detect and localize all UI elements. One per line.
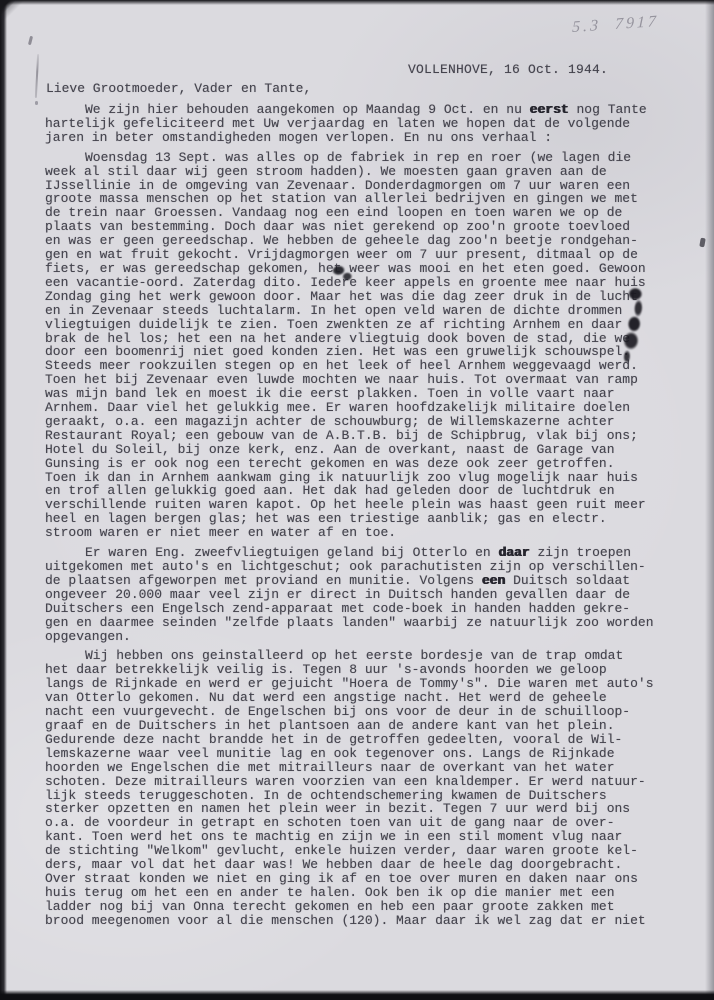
letter-line: een vacantie-oord. Zaterdag dito. Iedere… (45, 276, 707, 290)
letter-line: lijk steeds teruggeschoten. In de ochten… (45, 789, 707, 803)
letter-line: verschillende ruiten waren kapot. Op het… (45, 498, 707, 512)
scan-corner-top-left (0, 0, 26, 26)
letter-line: Er waren Eng. zweefvliegtuigen geland bi… (45, 546, 707, 560)
letter-line: sterker opzetten en namen het plein weer… (45, 802, 707, 816)
letter-line: hoorden we Engelschen die met mitrailleu… (45, 761, 707, 775)
paragraph: Er waren Eng. zweefvliegtuigen geland bi… (45, 546, 707, 643)
letter-line: het daar betrekkelijk veilig is. Tegen 8… (45, 663, 707, 677)
pencil-mark (35, 54, 39, 98)
letter-line: geraakt, o.a. een magazijn achter de sch… (45, 415, 707, 429)
letter-line: stroom waren er niet meer en water af en… (45, 526, 707, 540)
letter-line: de plaatsen afgeworpen met proviand en m… (45, 574, 707, 588)
letter-body: We zijn hier behouden aangekomen op Maan… (45, 103, 707, 934)
letter-line: plaats van bestemming. Doch daar was nie… (45, 220, 707, 234)
letter-line: gen en wat fruit gekocht. Vrijdagmorgen … (45, 248, 707, 262)
letter-line: langs de Rijnkade en werd er gejuicht "H… (45, 677, 707, 691)
letter-line: en was er geen gereedschap. We hebben de… (45, 234, 707, 248)
paragraph: We zijn hier behouden aangekomen op Maan… (45, 103, 707, 145)
letter-line: Gunsing is er ook nog een terecht gekome… (45, 457, 707, 471)
letter-line: en trof allen gelukkig goed aan. Het dak… (45, 484, 707, 498)
letter-line: ladder nog bij van Onna terecht gekomen … (45, 900, 707, 914)
letter-line: gen en daarmee seinden "zelfde plaats la… (45, 616, 707, 630)
letter-line: door een boomenrij niet goed konden zien… (45, 345, 707, 359)
scan-edge-top (0, 0, 714, 5)
pencil-mark (35, 101, 38, 105)
letter-line: Arnhem. Daar viel het gelukkig mee. Er w… (45, 401, 707, 415)
letter-line: vliegtuigen duidelijk te zien. Toen zwen… (45, 318, 707, 332)
letter-line: ders, maar vol dat het daar was! We hebb… (45, 858, 707, 872)
pencil-annotation: 5.3 7917 (572, 13, 659, 37)
letter-line: Woensdag 13 Sept. was alles op de fabrie… (45, 151, 707, 165)
scan-edge-left (0, 0, 7, 1000)
letter-line: Wij hebben ons geinstalleerd op het eers… (45, 649, 707, 663)
letter-line: jaren in beter omstandigheden mogen verl… (45, 131, 707, 145)
letter-line: opgevangen. (45, 630, 707, 644)
letter-line: en in Zevenaar steeds luchtalarm. In het… (45, 304, 707, 318)
letter-line: Duitschers een Engelsch zend-apparaat me… (45, 602, 707, 616)
letter-line: de stichting "Welkom" gevlucht, enkele h… (45, 844, 707, 858)
letter-line: ongeveer 20.000 maar veel zijn er direct… (45, 588, 707, 602)
letter-line: Toen het bij Zevenaar even luwde mochten… (45, 373, 707, 387)
letter-line: Zondag ging het werk gewoon door. Maar h… (45, 290, 707, 304)
letter-line: van Otterlo gekomen. Nu dat werd een ang… (45, 691, 707, 705)
letter-line: fiets, er was gereedschap gekomen, het w… (45, 262, 707, 276)
salutation: Lieve Grootmoeder, Vader en Tante, (46, 81, 311, 96)
overstruck-word: een (482, 573, 505, 588)
pencil-mark (28, 36, 33, 45)
overstruck-word: eerst (530, 102, 569, 117)
letter-line: kant. Toen werd het ons te machtig en zi… (45, 830, 707, 844)
letter-line: Gedurende deze nacht brandde het in de g… (45, 733, 707, 747)
letter-line: Steeds meer rookzuilen stegen op en het … (45, 359, 707, 373)
letter-line: Toen ik dan in Arnhem aankwam ging ik na… (45, 471, 707, 485)
letter-line: huis terug om het een en ander te halen.… (45, 886, 707, 900)
letter-line: o.a. de voordeur in getrapt en schoten t… (45, 816, 707, 830)
letter-line: brood meegenomen voor al die menschen (1… (45, 914, 707, 928)
letter-line: IJssellinie in de omgeving van Zevenaar.… (45, 179, 707, 193)
letter-line: schoten. Deze mitrailleurs waren voorzie… (45, 775, 707, 789)
letter-line: nacht een vuurgevecht. de Engelschen bij… (45, 705, 707, 719)
place-date: VOLLENHOVE, 16 Oct. 1944. (408, 62, 608, 77)
letter-line: heel en lagen bergen glas; het was een t… (45, 512, 707, 526)
scan-edge-bottom (0, 990, 714, 1000)
paragraph: Wij hebben ons geinstalleerd op het eers… (45, 649, 707, 927)
letter-line: brak de hel los; het een na het andere v… (45, 332, 707, 346)
overstruck-word: daar (498, 545, 529, 560)
letter-line: Hotel du Soleil, bij onze kerk, enz. Aan… (45, 443, 707, 457)
letter-line: We zijn hier behouden aangekomen op Maan… (45, 103, 707, 117)
letter-line: was mijn band lek en moest ik die eerst … (45, 387, 707, 401)
paragraph: Woensdag 13 Sept. was alles op de fabrie… (45, 151, 707, 540)
scanned-letter-page: 5.3 7917 VOLLENHOVE, 16 Oct. 1944. Lieve… (0, 0, 714, 1000)
letter-line: groote massa menschen op het station van… (45, 192, 707, 206)
letter-line: Restaurant Royal; een gebouw van de A.B.… (45, 429, 707, 443)
letter-line: week al stil daar wij geen stroom hadden… (45, 165, 707, 179)
letter-line: Over straat konden we niet en ging ik af… (45, 872, 707, 886)
letter-line: de trein naar Groessen. Vandaag nog een … (45, 206, 707, 220)
letter-line: hartelijk gefeliciteerd met Uw verjaarda… (45, 117, 707, 131)
letter-line: graaf en de Duitschers in het plantsoen … (45, 719, 707, 733)
letter-line: lemskazerne waar veel munitie lag en ook… (45, 747, 707, 761)
letter-line: uitgekomen met auto's en lichtgeschut; o… (45, 560, 707, 574)
